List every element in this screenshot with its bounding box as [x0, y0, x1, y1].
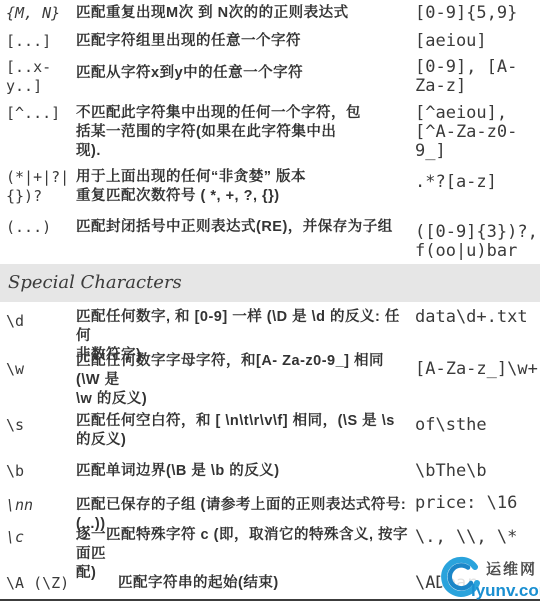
- regex-example: of\sthe: [415, 416, 539, 435]
- regex-symbol: (...): [6, 218, 72, 237]
- watermark-site-url: lyunv.com: [471, 581, 540, 601]
- regex-example: \., \\, \*: [415, 528, 539, 547]
- regex-description: 匹配封闭括号中正则表达式(RE)，并保存为子组: [76, 218, 408, 237]
- regex-example: data\d+.txt: [415, 308, 539, 327]
- regex-symbol: \nn: [6, 496, 72, 515]
- regex-symbol: (*|+|?| {})?: [6, 168, 72, 206]
- regex-symbol: {M, N}: [6, 4, 72, 23]
- regex-example: [A-Za-z_]\w+: [415, 360, 539, 379]
- section-header-band: Special Characters: [0, 264, 540, 302]
- regex-description: 不匹配此字符集中出现的任何一个字符，包 括某一范围的字符(如果在此字符集中出 现…: [76, 104, 408, 161]
- site-watermark: 运维网 lyunv.com: [438, 553, 540, 605]
- regex-description: 用于上面出现的任何“非贪婪” 版本 重复匹配次数符号 ( *, +, ?, {}…: [76, 168, 408, 206]
- regex-symbol: [^...]: [6, 104, 72, 123]
- regex-description: 匹配字符串的起始(结束): [118, 574, 450, 593]
- regex-example: \bThe\b: [415, 462, 539, 481]
- regex-description: 匹配任何空白符，和 [ \n\t\r\v\f] 相同，(\S 是 \s 的反义): [76, 412, 408, 450]
- regex-description: 匹配从字符x到y中的任意一个字符: [76, 64, 408, 83]
- regex-example: [0-9]{5,9}: [415, 4, 539, 23]
- watermark-site-name: 运维网: [486, 558, 537, 579]
- regex-example: price: \16: [415, 494, 539, 513]
- regex-symbol: [..x- y..]: [6, 58, 72, 96]
- section-title: Special Characters: [8, 272, 182, 293]
- regex-symbol: \d: [6, 312, 72, 331]
- regex-symbol: \b: [6, 462, 72, 481]
- regex-description: 匹配重复出现M次 到 N次的的正则表达式: [76, 4, 408, 23]
- regex-example: ([0-9]{3})?, f(oo|u)bar: [415, 223, 539, 261]
- regex-description: 匹配字符组里出现的任意一个字符: [76, 32, 408, 51]
- regex-example: .*?[a-z]: [415, 173, 539, 192]
- regex-symbol: \A (\Z): [6, 574, 116, 593]
- regex-symbol: [...]: [6, 32, 72, 51]
- regex-example: [aeiou]: [415, 32, 539, 51]
- regex-symbol: \w: [6, 360, 72, 379]
- regex-example: [0-9], [A- Za-z]: [415, 58, 539, 96]
- regex-description: 匹配任何数字字母字符，和[A- Za-z0-9_] 相同 (\W 是 \w 的反…: [76, 352, 408, 409]
- regex-description: 匹配单词边界(\B 是 \b 的反义): [76, 462, 408, 481]
- regex-symbol: \s: [6, 416, 72, 435]
- regex-reference-table: {M, N} 匹配重复出现M次 到 N次的的正则表达式 [0-9]{5,9} […: [0, 0, 540, 610]
- regex-example: [^aeiou], [^A-Za-z0- 9_]: [415, 104, 539, 161]
- regex-symbol: \c: [6, 528, 72, 547]
